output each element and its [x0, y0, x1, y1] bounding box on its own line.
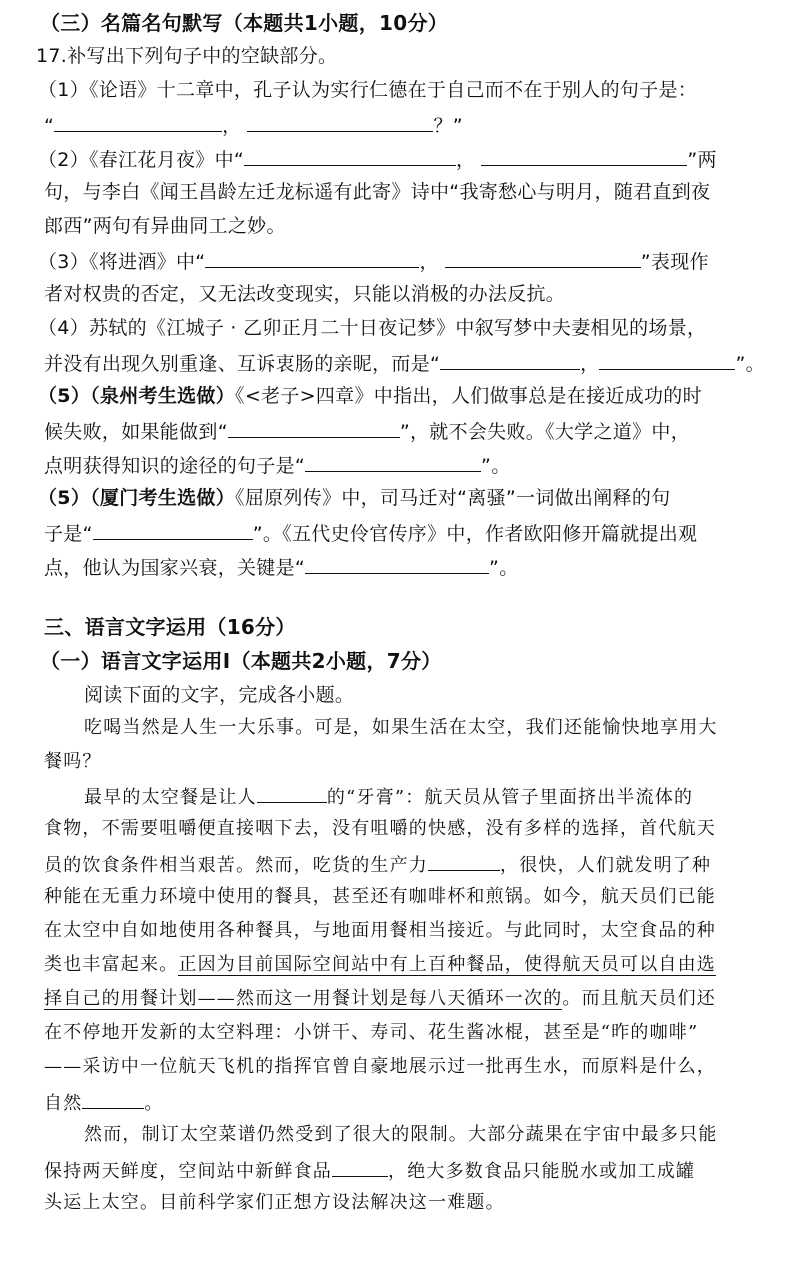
passage-line: 食物，不需要咀嚼便直接咽下去，没有咀嚼的快感，没有多样的选择，首代航天: [44, 816, 716, 842]
answer-blank[interactable]: [428, 850, 500, 871]
item-5-quanzhou-text: 候失败，如果能做到“”，就不会失败。《大学之道》中，: [44, 417, 690, 445]
answer-blank[interactable]: [599, 349, 735, 370]
answer-blank[interactable]: [305, 553, 489, 574]
underlined-sentence: 正因为目前国际空间站中有上百种餐品，使得航天员可以自由选: [178, 954, 716, 976]
section-heading: （三）名篇名句默写（本题共1小题，10分）: [40, 10, 448, 36]
passage-line: 员的饮食条件相当艰苦。然而，吃货的生产力，很快，人们就发明了种: [44, 850, 711, 879]
item-1-prompt: （1）《论语》十二章中，孔子认为实行仁德在于自己而不在于别人的句子是：: [38, 77, 697, 103]
subsection-heading: （一）语言文字运用Ⅰ（本题共2小题，7分）: [40, 648, 442, 674]
item-2-prompt: （2）《春江花月夜》中“，”两: [38, 145, 717, 173]
item-5-quanzhou: （5）（泉州考生选做）《<老子>四章》中指出，人们做事总是在接近成功的时: [38, 383, 702, 409]
passage-line: 吃喝当然是人生一大乐事。可是，如果生活在太空，我们还能愉快地享用大: [84, 715, 718, 741]
item-4-prompt: （4）苏轼的《江城子 · 乙卯正月二十日夜记梦》中叙写梦中夫妻相见的场景，: [38, 315, 706, 341]
item-3-text: 者对权贵的否定，又无法改变现实，只能以消极的办法反抗。: [44, 281, 565, 307]
answer-blank[interactable]: [247, 111, 433, 132]
item-5-quanzhou-text: 点明获得知识的途径的句子是“”。: [44, 451, 511, 479]
item-2-text: 郎西”两句有异曲同工之妙。: [44, 213, 286, 239]
passage-line: 择自己的用餐计划——然而这一用餐计划是每八天循环一次的。而且航天员们还: [44, 986, 716, 1012]
passage-line: 在不停地开发新的太空料理：小饼干、寿司、花生酱冰棍，甚至是“昨的咖啡”: [44, 1020, 698, 1046]
item-1-answer-row: “，？”: [44, 111, 463, 139]
underlined-sentence: 择自己的用餐计划——然而这一用餐计划是每八天循环一次的: [44, 988, 562, 1010]
item-3-prompt: （3）《将进酒》中“，”表现作: [38, 247, 709, 275]
answer-blank[interactable]: [257, 782, 327, 803]
answer-blank[interactable]: [305, 451, 481, 472]
passage-line: 保持两天鲜度，空间站中新鲜食品，绝大多数食品只能脱水或加工成罐: [44, 1156, 695, 1185]
item-2-text: 句，与李白《闻王昌龄左迁龙标遥有此寄》诗中“我寄愁心与明月，随君直到夜: [44, 179, 710, 205]
answer-blank[interactable]: [481, 145, 687, 166]
item-5-xiamen-text: 点，他认为国家兴衰，关键是“”。: [44, 553, 519, 581]
question-17: 17.补写出下列句子中的空缺部分。: [36, 43, 337, 69]
item-4-answer-row: 并没有出现久别重逢、互诉衷肠的亲昵，而是“，”。: [44, 349, 765, 377]
passage-line: 然而，制订太空菜谱仍然受到了很大的限制。大部分蔬果在宇宙中最多只能: [84, 1122, 718, 1148]
passage-line: 自然。: [44, 1088, 164, 1117]
answer-blank[interactable]: [332, 1156, 388, 1177]
passage-line: 在太空中自如地使用各种餐具，与地面用餐相当接近。与此同时，太空食品的种: [44, 918, 716, 944]
instruction: 阅读下面的文字，完成各小题。: [84, 682, 354, 708]
answer-blank[interactable]: [228, 417, 400, 438]
answer-blank[interactable]: [93, 519, 253, 540]
passage-line: 类也丰富起来。正因为目前国际空间站中有上百种餐品，使得航天员可以自由选: [44, 952, 716, 978]
answer-blank[interactable]: [445, 247, 641, 268]
passage-line: 头运上太空。目前科学家们正想方设法解决这一难题。: [44, 1190, 505, 1216]
item-5-xiamen-text: 子是“”。《五代史伶官传序》中，作者欧阳修开篇就提出观: [44, 519, 697, 547]
passage-line: 餐吗？: [44, 749, 102, 775]
item-5-xiamen: （5）（厦门考生选做）《屈原列传》中，司马迁对“离骚”一词做出阐释的句: [38, 485, 670, 511]
answer-blank[interactable]: [440, 349, 580, 370]
part-heading: 三、语言文字运用（16分）: [44, 614, 296, 640]
passage-line: 种能在无重力环境中使用的餐具，甚至还有咖啡杯和煎锅。如今，航天员们已能: [44, 884, 716, 910]
answer-blank[interactable]: [54, 111, 222, 132]
answer-blank[interactable]: [244, 145, 456, 166]
passage-line: ——采访中一位航天飞机的指挥官曾自豪地展示过一批再生水，而原料是什么，: [44, 1054, 716, 1080]
answer-blank[interactable]: [205, 247, 419, 268]
passage-line: 最早的太空餐是让人的“牙膏”：航天员从管子里面挤出半流体的: [84, 782, 693, 811]
answer-blank[interactable]: [82, 1088, 144, 1109]
